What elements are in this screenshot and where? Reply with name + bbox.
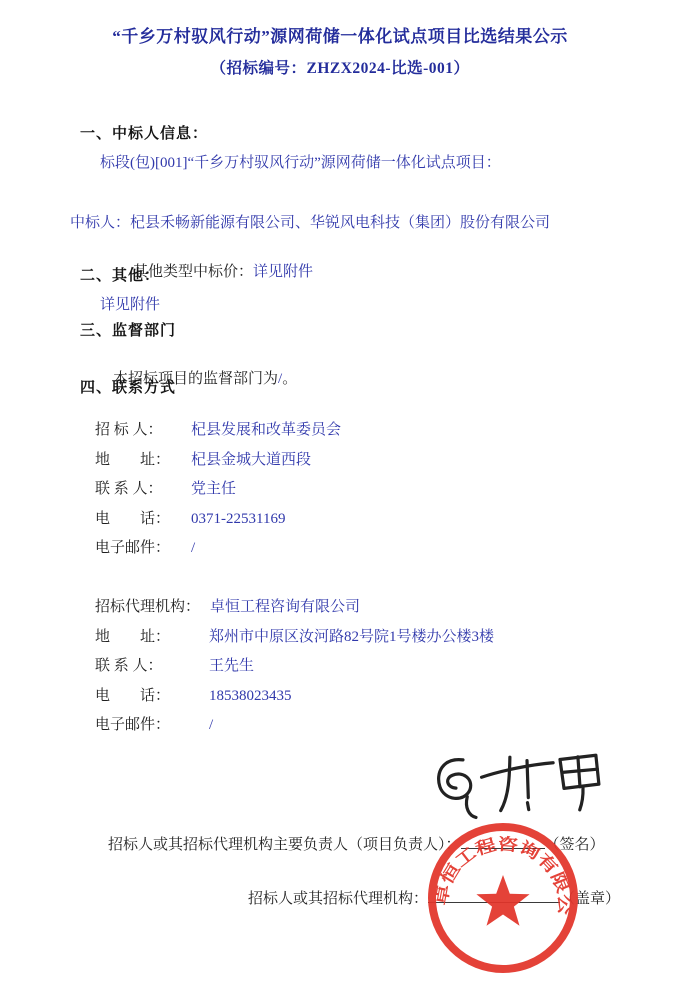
other-price-value: 详见附件 — [253, 264, 313, 280]
agency-email-label: 电子邮件： — [95, 715, 191, 735]
agency-email-value: / — [209, 715, 213, 735]
announcement-document: “千乡万村驭风行动”源网荷储一体化试点项目比选结果公示 （招标编号：ZHZX20… — [0, 0, 680, 989]
tenderer-row: 招 标 人：杞县发展和改革委员会 — [95, 420, 341, 440]
agency-email-row: 电子邮件：/ — [95, 715, 213, 735]
bid-number-line: （招标编号：ZHZX2024-比选-001） — [0, 59, 680, 79]
agency-contact-value: 王先生 — [209, 656, 254, 676]
tenderer-email-label: 电子邮件： — [95, 538, 191, 558]
section1-heading: 一、中标人信息： — [80, 124, 208, 144]
signature-line-label: 招标人或其招标代理机构主要负责人（项目负责人）： — [108, 837, 461, 853]
agency-address-row: 地 址：郑州市中原区汝河路82号院1号楼办公楼3楼 — [95, 627, 494, 647]
agency-label: 招标代理机构： — [95, 597, 200, 617]
tenderer-email-value: / — [191, 538, 195, 558]
agency-address-label: 地 址： — [95, 627, 191, 647]
tenderer-contact-value: 党主任 — [191, 479, 236, 499]
agency-contact-row: 联 系 人：王先生 — [95, 656, 254, 676]
page-title: “千乡万村驭风行动”源网荷储一体化试点项目比选结果公示 — [0, 27, 680, 47]
tenderer-value: 杞县发展和改革委员会 — [191, 420, 341, 440]
tenderer-phone-value: 0371-22531169 — [191, 509, 285, 529]
lot-line: 标段(包)[001]“千乡万村驭风行动”源网荷储一体化试点项目： — [100, 153, 501, 173]
section2-heading: 二、其他： — [80, 266, 160, 286]
agency-value: 卓恒工程咨询有限公司 — [210, 597, 360, 617]
tenderer-address-label: 地 址： — [95, 450, 191, 470]
supervision-suffix: 。 — [282, 371, 297, 387]
section3-heading: 三、监督部门 — [80, 321, 176, 341]
tenderer-phone-label: 电 话： — [95, 509, 191, 529]
tenderer-phone-row: 电 话：0371-22531169 — [95, 509, 285, 529]
company-seal: 卓恒工程咨询有限公司 — [418, 813, 588, 983]
agency-phone-label: 电 话： — [95, 686, 191, 706]
tenderer-address-value: 杞县金城大道西段 — [191, 450, 311, 470]
tenderer-contact-row: 联 系 人：党主任 — [95, 479, 236, 499]
agency-phone-row: 电 话：18538023435 — [95, 686, 292, 706]
winner-line: 中标人：杞县禾畅新能源有限公司、华锐风电科技（集团）股份有限公司 — [70, 213, 550, 233]
section4-heading: 四、联系方式 — [80, 378, 176, 398]
seal-star — [476, 875, 529, 926]
agency-phone-value: 18538023435 — [209, 686, 292, 706]
seal-line-label: 招标人或其招标代理机构： — [248, 891, 428, 907]
tenderer-email-row: 电子邮件：/ — [95, 538, 195, 558]
agency-contact-label: 联 系 人： — [95, 656, 191, 676]
tenderer-address-row: 地 址：杞县金城大道西段 — [95, 450, 311, 470]
agency-row: 招标代理机构：卓恒工程咨询有限公司 — [95, 597, 360, 617]
section2-content: 详见附件 — [100, 295, 160, 315]
tenderer-label: 招 标 人： — [95, 420, 191, 440]
tenderer-contact-label: 联 系 人： — [95, 479, 191, 499]
agency-address-value: 郑州市中原区汝河路82号院1号楼办公楼3楼 — [209, 627, 494, 647]
